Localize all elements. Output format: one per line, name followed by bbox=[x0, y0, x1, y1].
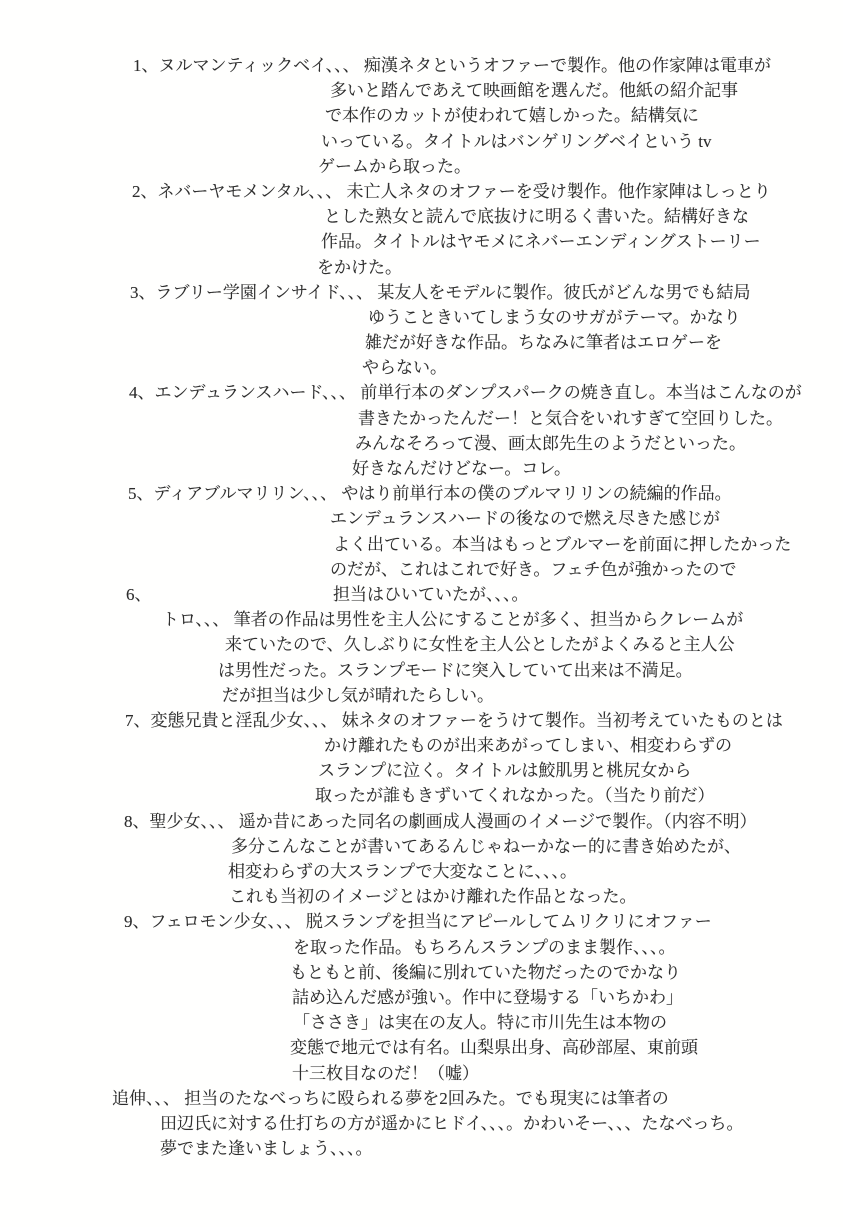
text-line: 作品。タイトルはヤモメにネバーエンディングストーリー bbox=[0, 229, 843, 254]
item-3-text: 雑だが好きな作品。ちなみに筆者はエロゲーを bbox=[365, 330, 722, 355]
text-line: ゲームから取った。 bbox=[0, 154, 843, 179]
item-9-text: もともと前、後編に別れていた物だったのでかなり bbox=[290, 960, 681, 985]
text-line: だが担当は少し気が晴れたらしい。 bbox=[0, 683, 843, 708]
item-8-text: 相変わらずの大スランプで大変なことに、、、。 bbox=[228, 859, 577, 884]
text-line: 書きたかったんだー！と気合をいれすぎて空回りした。 bbox=[0, 406, 843, 431]
text-line: 雑だが好きな作品。ちなみに筆者はエロゲーを bbox=[0, 330, 843, 355]
item-5-text: よく出ている。本当はもっとブルマーを前面に押したかった bbox=[333, 532, 791, 557]
text-line: 8、聖少女、、、 遥か昔にあった同名の劇画成人漫画のイメージで製作。（内容不明） bbox=[0, 809, 843, 834]
item-1-text: で本作のカットが使われて嬉しかった。結構気に bbox=[325, 103, 699, 128]
text-line: 9、フェロモン少女、、、 脱スランプを担当にアピールしてムリクリにオファー bbox=[0, 909, 843, 934]
text-line: エンデュランスハードの後なので燃え尽きた感じが bbox=[0, 506, 843, 531]
item-9-text: 詰め込んだ感が強い。作中に登場する「いちかわ」 bbox=[292, 985, 683, 1010]
item-2-text: 2、ネバーヤモメンタル、、、 未亡人ネタのオファーを受け製作。他作家陣はしっとり bbox=[132, 179, 771, 204]
item-4-text: 書きたかったんだー！と気合をいれすぎて空回りした。 bbox=[358, 406, 783, 431]
item-5-text: のだが、これはこれで好き。フェチ色が強かったので bbox=[330, 557, 736, 582]
item-7-text: スランプに泣く。タイトルは鮫肌男と桃尻女から bbox=[318, 758, 691, 783]
text-line: もともと前、後編に別れていた物だったのでかなり bbox=[0, 960, 843, 985]
text-line: みんなそろって漫、画太郎先生のようだといった。 bbox=[0, 431, 843, 456]
text-line: 十三枚目なのだ！（嘘） bbox=[0, 1061, 843, 1086]
item-3-text: ゆうこときいてしまう女のサガがテーマ。かなり bbox=[368, 305, 741, 330]
text-line: のだが、これはこれで好き。フェチ色が強かったので bbox=[0, 557, 843, 582]
item-9-text: 9、フェロモン少女、、、 脱スランプを担当にアピールしてムリクリにオファー bbox=[124, 909, 712, 934]
text-line: いっている。タイトルはバンゲリングベイという tv bbox=[0, 129, 843, 154]
text-line: かけ離れたものが出来あがってしまい、相変わらずの bbox=[0, 733, 843, 758]
item-2-text: とした熟女と読んで底抜けに明るく書いた。結構好きな bbox=[324, 204, 749, 229]
item-6-text: 6、 bbox=[126, 582, 152, 607]
text-line: 6、担当はひいていたが、、、。 bbox=[0, 582, 843, 607]
scanned-page: 1、ヌルマンティックベイ、、、 痴漢ネタというオファーで製作。他の作家陣は電車が… bbox=[0, 0, 843, 1227]
text-line: 5、ディアブルマリリン、、、 やはり前単行本の僕のブルマリリンの続編的作品。 bbox=[0, 481, 843, 506]
text-line: 「ささき」は実在の友人。特に市川先生は本物の bbox=[0, 1010, 843, 1035]
postscript-text: 田辺氏に対する仕打ちの方が遥かにヒドイ、、、。かわいそー、、、たなべっち。 bbox=[160, 1111, 743, 1136]
item-5-text: エンデュランスハードの後なので燃え尽きた感じが bbox=[330, 506, 720, 531]
text-line: 夢でまた逢いましょう、、、。 bbox=[0, 1136, 843, 1161]
text-line: をかけた。 bbox=[0, 255, 843, 280]
text-line: で本作のカットが使われて嬉しかった。結構気に bbox=[0, 103, 843, 128]
postscript-text: 追伸、、、 担当のたなべっちに殴られる夢を2回みた。でも現実には筆者の bbox=[112, 1086, 669, 1111]
item-8-text: 8、聖少女、、、 遥か昔にあった同名の劇画成人漫画のイメージで製作。（内容不明） bbox=[124, 809, 757, 834]
item-6-text: 来ていたので、久しぶりに女性を主人公としたがよくみると主人公 bbox=[225, 632, 735, 657]
item-1-text: いっている。タイトルはバンゲリングベイという tv bbox=[321, 129, 711, 154]
item-8-text: これも当初のイメージとはかけ離れた作品となった。 bbox=[229, 884, 637, 909]
text-line: 1、ヌルマンティックベイ、、、 痴漢ネタというオファーで製作。他の作家陣は電車が bbox=[0, 53, 843, 78]
afterword-text-block: 1、ヌルマンティックベイ、、、 痴漢ネタというオファーで製作。他の作家陣は電車が… bbox=[0, 53, 843, 1161]
item-6-text: トロ、、、 筆者の作品は男性を主人公にすることが多く、担当からクレームが bbox=[162, 607, 743, 632]
text-line: を取った作品。もちろんスランプのまま製作、、、。 bbox=[0, 935, 843, 960]
item-1-text: ゲームから取った。 bbox=[318, 154, 471, 179]
item-9-text: 「ささき」は実在の友人。特に市川先生は本物の bbox=[293, 1010, 667, 1035]
item-4-text: 4、エンデュランスハード、、、 前単行本のダンプスパークの焼き直し。本当はこんな… bbox=[129, 380, 802, 405]
text-line: ゆうこときいてしまう女のサガがテーマ。かなり bbox=[0, 305, 843, 330]
item-7-text: 7、変態兄貴と淫乱少女、、、 妹ネタのオファーをうけて製作。当初考えていたものと… bbox=[125, 708, 783, 733]
text-line: 3、ラブリー学園インサイド、、、 某友人をモデルに製作。彼氏がどんな男でも結局 bbox=[0, 280, 843, 305]
text-line: 田辺氏に対する仕打ちの方が遥かにヒドイ、、、。かわいそー、、、たなべっち。 bbox=[0, 1111, 843, 1136]
item-2-text: 作品。タイトルはヤモメにネバーエンディングストーリー bbox=[321, 229, 761, 254]
text-line: スランプに泣く。タイトルは鮫肌男と桃尻女から bbox=[0, 758, 843, 783]
item-3-text: 3、ラブリー学園インサイド、、、 某友人をモデルに製作。彼氏がどんな男でも結局 bbox=[130, 280, 751, 305]
item-8-text: 多分こんなことが書いてあるんじゃねーかなー的に書き始めたが、 bbox=[231, 834, 741, 859]
text-line: やらない。 bbox=[0, 355, 843, 380]
text-line: 多いと踏んであえて映画館を選んだ。他紙の紹介記事 bbox=[0, 78, 843, 103]
text-line: 好きなんだけどなー。コレ。 bbox=[0, 456, 843, 481]
text-line: 多分こんなことが書いてあるんじゃねーかなー的に書き始めたが、 bbox=[0, 834, 843, 859]
item-1-text: 1、ヌルマンティックベイ、、、 痴漢ネタというオファーで製作。他の作家陣は電車が bbox=[133, 53, 771, 78]
item-7-text: 取ったが誰もきずいてくれなかった。（当たり前だ） bbox=[315, 783, 715, 808]
item-5-text: 5、ディアブルマリリン、、、 やはり前単行本の僕のブルマリリンの続編的作品。 bbox=[128, 481, 732, 506]
item-2-text: をかけた。 bbox=[317, 255, 402, 280]
text-line: 変態で地元では有名。山梨県出身、高砂部屋、東前頭 bbox=[0, 1035, 843, 1060]
item-6-text: 担当はひいていたが、、、。 bbox=[333, 582, 529, 607]
item-9-text: 変態で地元では有名。山梨県出身、高砂部屋、東前頭 bbox=[290, 1035, 698, 1060]
text-line: 詰め込んだ感が強い。作中に登場する「いちかわ」 bbox=[0, 985, 843, 1010]
item-9-text: 十三枚目なのだ！（嘘） bbox=[292, 1061, 479, 1086]
text-line: は男性だった。スランプモードに突入していて出来は不満足。 bbox=[0, 658, 843, 683]
text-line: 来ていたので、久しぶりに女性を主人公としたがよくみると主人公 bbox=[0, 632, 843, 657]
text-line: これも当初のイメージとはかけ離れた作品となった。 bbox=[0, 884, 843, 909]
text-line: 7、変態兄貴と淫乱少女、、、 妹ネタのオファーをうけて製作。当初考えていたものと… bbox=[0, 708, 843, 733]
item-6-text: は男性だった。スランプモードに突入していて出来は不満足。 bbox=[218, 658, 693, 683]
item-3-text: やらない。 bbox=[362, 355, 447, 380]
item-7-text: かけ離れたものが出来あがってしまい、相変わらずの bbox=[324, 733, 732, 758]
item-4-text: みんなそろって漫、画太郎先生のようだといった。 bbox=[355, 431, 746, 456]
text-line: 相変わらずの大スランプで大変なことに、、、。 bbox=[0, 859, 843, 884]
text-line: 2、ネバーヤモメンタル、、、 未亡人ネタのオファーを受け製作。他作家陣はしっとり bbox=[0, 179, 843, 204]
text-line: とした熟女と読んで底抜けに明るく書いた。結構好きな bbox=[0, 204, 843, 229]
item-9-text: を取った作品。もちろんスランプのまま製作、、、。 bbox=[293, 935, 676, 960]
text-line: よく出ている。本当はもっとブルマーを前面に押したかった bbox=[0, 532, 843, 557]
text-line: 取ったが誰もきずいてくれなかった。（当たり前だ） bbox=[0, 783, 843, 808]
text-line: 追伸、、、 担当のたなべっちに殴られる夢を2回みた。でも現実には筆者の bbox=[0, 1086, 843, 1111]
item-4-text: 好きなんだけどなー。コレ。 bbox=[352, 456, 571, 481]
item-6-text: だが担当は少し気が晴れたらしい。 bbox=[222, 683, 494, 708]
postscript-text: 夢でまた逢いましょう、、、。 bbox=[160, 1136, 373, 1161]
item-1-text: 多いと踏んであえて映画館を選んだ。他紙の紹介記事 bbox=[330, 78, 738, 103]
text-line: 4、エンデュランスハード、、、 前単行本のダンプスパークの焼き直し。本当はこんな… bbox=[0, 380, 843, 405]
text-line: トロ、、、 筆者の作品は男性を主人公にすることが多く、担当からクレームが bbox=[0, 607, 843, 632]
